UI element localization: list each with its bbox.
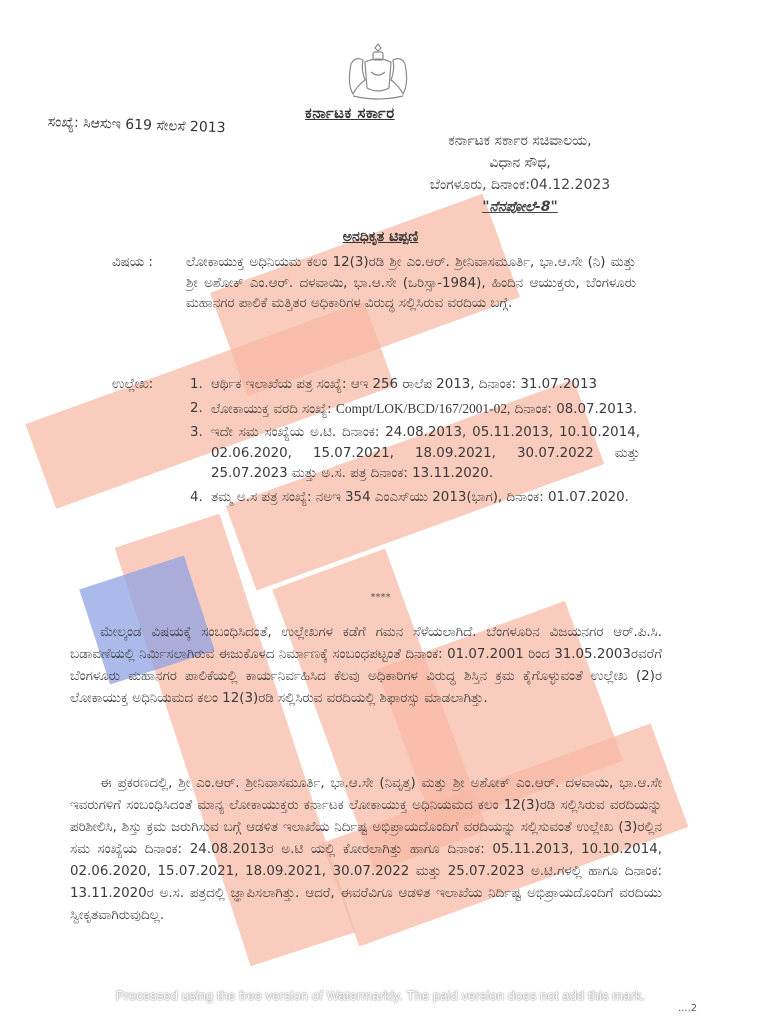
document-heading: ಅನಧಿಕೃತ ಟಿಪ್ಪಣಿ: [0, 229, 761, 245]
body-paragraph: ಈ ಪ್ರಕರಣದಲ್ಲಿ, ಶ್ರೀ ಎಂ.ಆರ್. ಶ್ರೀನಿವಾಸಮೂರ…: [70, 773, 662, 927]
office-address: ಕರ್ನಾಟಕ ಸರ್ಕಾರ ಸಚಿವಾಲಯ, ವಿಧಾನ ಸೌಧ, ಬೆಂಗಳ…: [395, 130, 645, 218]
document-page: ಕರ್ನಾಟಕ ಸರ್ಕಾರ ಸಂಖ್ಯೆ: ಸಿಆಸುಇ 619 ಸೇಲಸೆ …: [0, 0, 761, 1024]
subject-label: ವಿಷಯ :: [112, 253, 153, 274]
reminder-label: "ನೆನಪೋಲೆ-8": [395, 196, 645, 218]
subject-text: ಲೋಕಾಯುಕ್ತ ಅಧಿನಿಯಮ ಕಲಂ 12(3)ರಡಿ ಶ್ರೀ ಎಂ.ಆ…: [186, 253, 636, 315]
government-title: ಕರ್ನಾಟಕ ಸರ್ಕಾರ: [305, 104, 395, 122]
reference-item: 4. ತಮ್ಮ ಅ.ಸ ಪತ್ರ ಸಂಖ್ಯೆ: ನಅಇ 354 ಎಂಎಸ್‌ಯ…: [190, 488, 640, 509]
reference-number: ಸಂಖ್ಯೆ: ಸಿಆಸುಇ 619 ಸೇಲಸೆ 2013: [47, 114, 225, 136]
references-list: 1. ಆರ್ಥಿಕ ಇಲಾಖೆಯ ಪತ್ರ ಸಂಖ್ಯೆ: ಆಇ 256 ರಾಲ…: [190, 375, 640, 511]
page-continuation: ....2: [678, 1003, 697, 1014]
reference-item: 2. ಲೋಕಾಯುಕ್ತ ವರದಿ ಸಂಖ್ಯೆ: Compt/LOK/BCD/…: [190, 399, 640, 421]
section-separator: ****: [0, 592, 761, 603]
address-line: ವಿಧಾನ ಸೌಧ,: [395, 152, 645, 174]
document-content: ಕರ್ನಾಟಕ ಸರ್ಕಾರ ಸಂಖ್ಯೆ: ಸಿಆಸುಇ 619 ಸೇಲಸೆ …: [0, 0, 761, 1024]
report-code: Compt/LOK/BCD/167/2001-02,: [336, 401, 510, 416]
watermark-notice: Processed using the free version of Wate…: [0, 988, 761, 1003]
reference-item: 3. ಇದೇ ಸಮ ಸಂಖ್ಯೆಯ ಅ.ಟಿ. ದಿನಾಂಕ: 24.08.20…: [190, 423, 640, 485]
body-paragraph: ಮೇಲ್ಕಂಡ ವಿಷಯಕ್ಕೆ ಸಂಬಂಧಿಸಿದಂತೆ, ಉಲ್ಲೇಖಗಳ …: [70, 622, 662, 710]
address-date-line: ಬೆಂಗಳೂರು, ದಿನಾಂಕ:04.12.2023: [395, 174, 645, 196]
reference-item: 1. ಆರ್ಥಿಕ ಇಲಾಖೆಯ ಪತ್ರ ಸಂಖ್ಯೆ: ಆಇ 256 ರಾಲ…: [190, 375, 640, 396]
address-line: ಕರ್ನಾಟಕ ಸರ್ಕಾರ ಸಚಿವಾಲಯ,: [395, 130, 645, 152]
karnataka-emblem-icon: [345, 42, 411, 102]
references-label: ಉಲ್ಲೇಖ:: [112, 375, 153, 396]
